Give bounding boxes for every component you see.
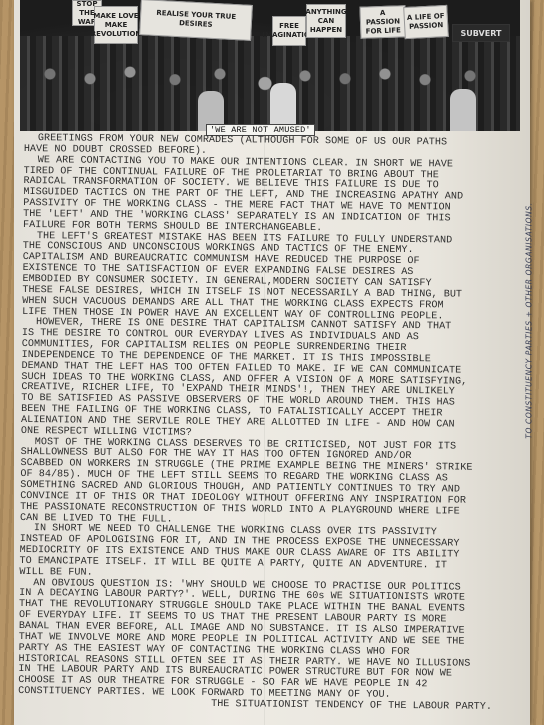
marcher-figure	[450, 89, 476, 131]
handwritten-side-note: TO CONSTITUENCY PARTIES + OTHER ORGANISA…	[522, 160, 536, 480]
banner-sign: A PASSION FOR LIFE	[359, 5, 406, 39]
banner-sign: SUBVERT	[452, 24, 510, 42]
banner-sign: ANYTHING CAN HAPPEN	[306, 4, 346, 38]
banner-sign: REALISE YOUR TRUE DESIRES	[139, 0, 253, 41]
banner-sign: A LIFE OF PASSION	[403, 5, 449, 39]
leaflet-body-text: GREETINGS FROM YOUR NEW COMRADES (ALTHOU…	[18, 134, 504, 714]
banner-sign: MAKE LOVE MAKE REVOLUTION	[94, 6, 138, 44]
side-note-text: TO CONSTITUENCY PARTIES + OTHER ORGANISA…	[525, 202, 534, 438]
protest-photo: STOP THE WAR MAKE LOVE MAKE REVOLUTION R…	[20, 0, 520, 131]
banner-sign: FREE IMAGINATION	[272, 16, 306, 46]
